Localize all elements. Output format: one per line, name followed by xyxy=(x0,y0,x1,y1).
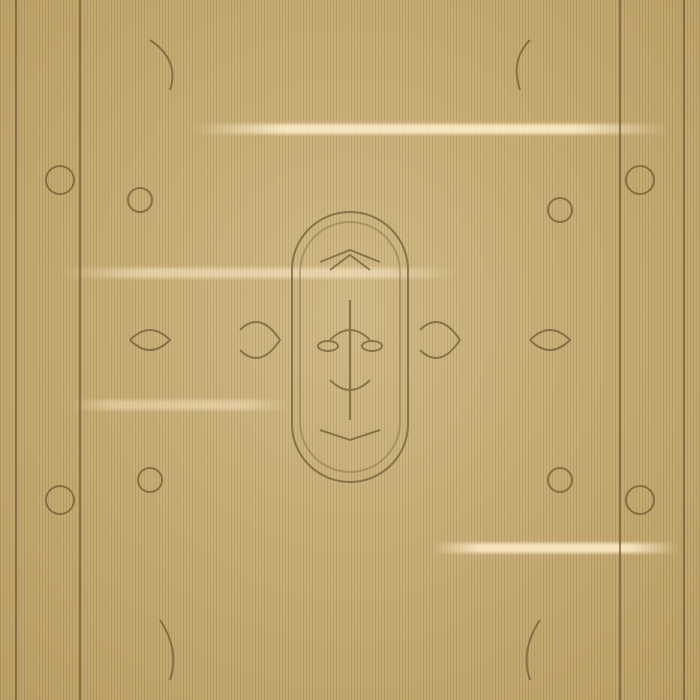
rug-image xyxy=(0,0,700,700)
rug-pattern xyxy=(0,0,700,700)
